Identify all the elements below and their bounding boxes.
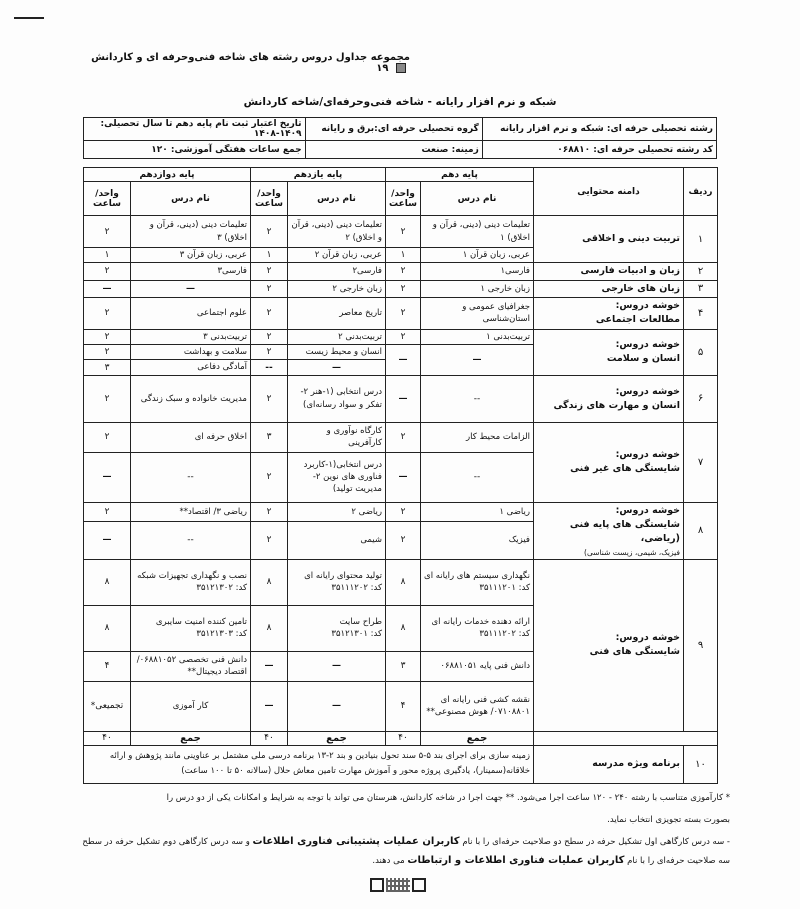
footnote-text: می دهند. (372, 856, 407, 866)
unit-cell: — (84, 452, 131, 502)
course-title: تولید محتوای رایانه ای (304, 571, 382, 581)
course-cell: اخلاق حرفه ای (131, 422, 251, 452)
unit-cell: ۴ (84, 651, 131, 681)
course-code: کد: ۳۵۱۲۱۳۰۲ (196, 583, 247, 593)
sum-label: جمع (421, 731, 534, 745)
row-index: ۱۰ (684, 745, 718, 783)
row-index: ۹ (684, 559, 718, 731)
row-index: ۳ (684, 280, 718, 297)
course-cell: مدیریت خانواده و سبک زندگی (131, 375, 251, 422)
unit-cell: ۲ (251, 297, 288, 329)
sum-value: ۴۰ (386, 731, 421, 745)
header-radif: ردیف (684, 168, 718, 216)
unit-cell: ۸ (251, 605, 288, 651)
header-course-name: نام درس (288, 182, 386, 216)
course-title: نگهداری سیستم های رایانه ای (424, 571, 530, 581)
page-header: مجموعه جداول دروس رشته های شاخه فنی‌وحرف… (80, 52, 410, 74)
header-domain: دامنه محتوایی (534, 168, 684, 216)
unit-cell: ۳ (386, 651, 421, 681)
footnote: سه صلاحیت حرفه‌ای را با نام کاربران عملی… (330, 855, 730, 866)
course-cell: دانش فنی تخصصی ۰۶۸۸۱۰۵۲/ اقتصاد دیجیتال*… (131, 651, 251, 681)
unit-cell: ۲ (84, 263, 131, 280)
unit-cell: ۲ (251, 280, 288, 297)
unit-cell: ۱ (84, 248, 131, 263)
info-validity: تاریخ اعتبار ثبت نام پایه دهم تا سال تحص… (84, 118, 306, 141)
unit-cell: ۲ (84, 329, 131, 344)
qr-pattern-icon (386, 878, 410, 892)
unit-cell: — (386, 375, 421, 422)
header-unit: واحد/ ساعت (386, 182, 421, 216)
footnote: بصورت بسته تجویزی انتخاب نماید. (40, 815, 730, 825)
table-row: ۵ خوشه دروس: انسان و سلامت تربیت‌بدنی ۱ … (84, 329, 718, 344)
unit-cell: ۲ (386, 329, 421, 344)
unit-cell: ۳ (251, 422, 288, 452)
course-cell: عربی، زبان قرآن ۲ (288, 248, 386, 263)
document-subtitle: شبکه و نرم افزار رایانه - شاخه فنی‌وحرفه… (0, 96, 800, 108)
unit-cell: — (84, 280, 131, 297)
course-title: نصب و نگهداری تجهیزات شبکه (137, 571, 247, 581)
course-code: کد: ۳۵۱۱۱۲۰۲ (331, 583, 382, 593)
row-domain: خوشه دروس: شایستگی های فنی (534, 559, 684, 731)
footnote-text: - سه درس کارگاهی اول تشکیل حرفه در سطح د… (460, 837, 730, 847)
sum-label: جمع (288, 731, 386, 745)
unit-cell: ۲ (84, 345, 131, 360)
course-cell: کار آموزی (131, 681, 251, 731)
course-cell: فارسی۲ (288, 263, 386, 280)
domain-line: خوشه دروس: (616, 339, 680, 350)
course-cell: تامین کننده امنیت سایبریکد: ۳۵۱۲۱۳۰۳ (131, 605, 251, 651)
sum-row: جمع ۴۰ جمع ۴۰ جمع ۴۰ (84, 731, 718, 745)
footnote: * کارآموزی متناسب با رشته ۲۴۰ - ۱۲۰ ساعت… (40, 793, 730, 803)
unit-cell: ۲ (251, 452, 288, 502)
row-domain: زبان و ادبیات فارسی (534, 263, 684, 280)
course-cell: زبان خارجی ۲ (288, 280, 386, 297)
course-title: ارائه دهنده خدمات رایانه ای (431, 617, 530, 627)
course-cell: ریاضی ۱ (421, 502, 534, 521)
unit-cell: ۲ (251, 263, 288, 280)
unit-cell: ۲ (386, 522, 421, 560)
row-domain: زبان های خارجی (534, 280, 684, 297)
course-cell: انسان و محیط زیست (288, 345, 386, 360)
row-index: ۵ (684, 329, 718, 375)
table-row: ۴ خوشه دروس: مطالعات اجتماعی جغرافیای عم… (84, 297, 718, 329)
unit-cell: — (84, 522, 131, 560)
unit-cell: ۱ (251, 248, 288, 263)
page-corner-mark (14, 17, 44, 19)
course-cell: عربی، زبان قرآن ۳ (131, 248, 251, 263)
row-domain: خوشه دروس: شایستگی های غیر فنی (534, 422, 684, 502)
course-cell: فیزیک (421, 522, 534, 560)
course-cell: تولید محتوای رایانه ایکد: ۳۵۱۱۱۲۰۲ (288, 559, 386, 605)
course-cell: تربیت‌بدنی ۲ (288, 329, 386, 344)
unit-cell: ۲ (386, 502, 421, 521)
table-row: ۶ خوشه دروس: انسان و مهارت های زندگی -- … (84, 375, 718, 422)
unit-cell: ۲ (251, 502, 288, 521)
page-square-icon (396, 63, 406, 73)
course-cell: الزامات محیط کار (421, 422, 534, 452)
course-cell: — (288, 681, 386, 731)
unit-cell: ۱ (386, 248, 421, 263)
course-cell: — (421, 345, 534, 376)
row-domain: خوشه دروس: انسان و مهارت های زندگی (534, 375, 684, 422)
course-code: کد: ۳۵۱۱۱۲۰۱ (479, 583, 530, 593)
course-cell: — (288, 360, 386, 375)
row-domain: برنامه ویژه مدرسه (534, 745, 684, 783)
row-domain: خوشه دروس: انسان و سلامت (534, 329, 684, 375)
unit-cell: ۸ (386, 605, 421, 651)
unit-cell: ۸ (386, 559, 421, 605)
school-program-description: زمینه سازی برای اجرای بند ۵-۵ سند تحول ب… (84, 745, 534, 783)
row-index: ۴ (684, 297, 718, 329)
course-cell: آمادگی دفاعی (131, 360, 251, 375)
unit-cell: ۲ (386, 297, 421, 329)
course-cell: طراح سایتکد: ۳۵۱۲۱۳۰۱ (288, 605, 386, 651)
footnote-emphasis: کاربران عملیات فناوری اطلاعات و ارتباطات (407, 855, 624, 866)
domain-line: خوشه دروس: (616, 300, 680, 311)
table-row: ۷ خوشه دروس: شایستگی های غیر فنی الزامات… (84, 422, 718, 452)
header-grade12: پایه دوازدهم (84, 168, 251, 182)
course-cell: -- (131, 452, 251, 502)
course-cell: تاریخ معاصر (288, 297, 386, 329)
domain-line: خوشه دروس: (616, 386, 680, 397)
domain-line: مطالعات اجتماعی (596, 314, 680, 325)
info-field: رشته تحصیلی حرفه ای: شبکه و نرم افزار را… (482, 118, 716, 141)
row-index: ۷ (684, 422, 718, 502)
course-cell: شیمی (288, 522, 386, 560)
table-row: ۳ زبان های خارجی زبان خارجی ۱ ۲ زبان خار… (84, 280, 718, 297)
unit-cell: — (386, 452, 421, 502)
footnote-text: سه صلاحیت حرفه‌ای را با نام (624, 856, 730, 866)
table-row: ۹ خوشه دروس: شایستگی های فنی نگهداری سیس… (84, 559, 718, 605)
unit-cell: تجمیعی* (84, 681, 131, 731)
domain-line: شایستگی های پایه فنی (ریاضی، (570, 519, 680, 544)
unit-cell: ۲ (386, 280, 421, 297)
row-domain: خوشه دروس: شایستگی های پایه فنی (ریاضی، … (534, 502, 684, 559)
unit-cell: ۲ (251, 375, 288, 422)
unit-cell: -- (251, 360, 288, 375)
unit-cell: ۲ (386, 216, 421, 248)
table-row: ۸ خوشه دروس: شایستگی های پایه فنی (ریاضی… (84, 502, 718, 521)
sum-empty (534, 731, 718, 745)
unit-cell: ۸ (84, 559, 131, 605)
domain-line: شایستگی های غیر فنی (570, 463, 680, 474)
course-cell: — (288, 651, 386, 681)
course-cell: نصب و نگهداری تجهیزات شبکهکد: ۳۵۱۲۱۳۰۲ (131, 559, 251, 605)
domain-line: شایستگی های فنی (590, 646, 680, 657)
unit-cell: ۸ (251, 559, 288, 605)
course-cell: ریاضی ۳/ اقتصاد** (131, 502, 251, 521)
domain-line: انسان و مهارت های زندگی (553, 400, 680, 411)
qr-code-icon (370, 878, 432, 894)
course-cell: -- (131, 522, 251, 560)
info-group: گروه تحصیلی حرفه ای:برق و رایانه (305, 118, 482, 141)
sum-value: ۴۰ (84, 731, 131, 745)
course-cell: زبان خارجی ۱ (421, 280, 534, 297)
unit-cell: — (251, 651, 288, 681)
info-area: زمینه: صنعت (305, 141, 482, 159)
info-weekly-hours: جمع ساعات هفتگی آموزشی: ۱۲۰ (84, 141, 306, 159)
unit-cell: ۲ (84, 297, 131, 329)
unit-cell: — (386, 345, 421, 376)
domain-line: خوشه دروس: (616, 632, 680, 643)
field-info-table: رشته تحصیلی حرفه ای: شبکه و نرم افزار را… (83, 117, 717, 159)
unit-cell: ۲ (386, 422, 421, 452)
course-cell: سلامت و بهداشت (131, 345, 251, 360)
row-index: ۱ (684, 216, 718, 263)
course-cell: تربیت‌بدنی ۳ (131, 329, 251, 344)
domain-line: فیزیک، شیمی، زیست شناسی) (537, 547, 680, 558)
row-index: ۲ (684, 263, 718, 280)
unit-cell: ۲ (251, 329, 288, 344)
header-grade10: پایه دهم (386, 168, 534, 182)
row-index: ۸ (684, 502, 718, 559)
unit-cell: ۲ (84, 216, 131, 248)
footnote-text: و سه درس کارگاهی دوم تشکیل حرفه در سطح (82, 837, 252, 847)
course-cell: — (131, 280, 251, 297)
header-course-name: نام درس (131, 182, 251, 216)
course-cell: ریاضی ۲ (288, 502, 386, 521)
row-index: ۶ (684, 375, 718, 422)
header-unit: واحد/ ساعت (84, 182, 131, 216)
unit-cell: ۲ (84, 422, 131, 452)
unit-cell: ۲ (84, 502, 131, 521)
course-cell: تعلیمات دینی (دینی، قرآن و اخلاق) ۱ (421, 216, 534, 248)
table-row: ۲ زبان و ادبیات فارسی فارسی۱ ۲ فارسی۲ ۲ … (84, 263, 718, 280)
row-domain: تربیت دینی و اخلاقی (534, 216, 684, 263)
info-code: کد رشته تحصیلی حرفه ای: ۰۶۸۸۱۰ (482, 141, 716, 159)
course-title: تامین کننده امنیت سایبری (156, 617, 247, 627)
qr-finder-icon (370, 878, 384, 892)
unit-cell: ۴ (386, 681, 421, 731)
curriculum-table: ردیف دامنه محتوایی پایه دهم پایه یازدهم … (83, 167, 718, 784)
footnote: - سه درس کارگاهی اول تشکیل حرفه در سطح د… (40, 836, 730, 847)
table-row: ۱۰ برنامه ویژه مدرسه زمینه سازی برای اجر… (84, 745, 718, 783)
header-course-name: نام درس (421, 182, 534, 216)
course-cell: جغرافیای عمومی و استان‌شناسی (421, 297, 534, 329)
course-cell: عربی، زبان قرآن ۱ (421, 248, 534, 263)
course-code: کد: ۳۵۱۱۱۲۰۲ (479, 629, 530, 639)
qr-finder-icon (412, 878, 426, 892)
course-cell: -- (421, 375, 534, 422)
sum-label: جمع (131, 731, 251, 745)
course-cell: تربیت‌بدنی ۱ (421, 329, 534, 344)
domain-line: انسان و سلامت (607, 353, 680, 364)
unit-cell: ۲ (84, 375, 131, 422)
table-row: ۱ تربیت دینی و اخلاقی تعلیمات دینی (دینی… (84, 216, 718, 248)
footnote-emphasis: کاربران عملیات پشتیبانی فناوری اطلاعات (253, 836, 460, 847)
course-cell: فارسی۳ (131, 263, 251, 280)
page-number: ۱۹ (376, 63, 388, 74)
course-cell: تعلیمات دینی (دینی، قرآن و اخلاق) ۲ (288, 216, 386, 248)
course-title: طراح سایت (340, 617, 382, 627)
domain-line: خوشه دروس: (616, 449, 680, 460)
domain-line: خوشه دروس: (616, 505, 680, 516)
unit-cell: ۸ (84, 605, 131, 651)
header-unit: واحد/ ساعت (251, 182, 288, 216)
course-cell: علوم اجتماعی (131, 297, 251, 329)
course-code: کد: ۳۵۱۲۱۳۰۳ (196, 629, 247, 639)
sum-value: ۴۰ (251, 731, 288, 745)
header-grade11: پایه یازدهم (251, 168, 386, 182)
course-cell: کارگاه نوآوری و کارآفرینی (288, 422, 386, 452)
course-cell: تعلیمات دینی (دینی، قرآن و اخلاق) ۳ (131, 216, 251, 248)
course-code: کد: ۳۵۱۲۱۳۰۱ (331, 629, 382, 639)
course-cell: -- (421, 452, 534, 502)
course-cell: نقشه کشی فنی رایانه ای ۰۷۱۰۸۸۰۱/ هوش مصن… (421, 681, 534, 731)
row-domain: خوشه دروس: مطالعات اجتماعی (534, 297, 684, 329)
unit-cell: ۲ (386, 263, 421, 280)
unit-cell: ۲ (251, 522, 288, 560)
course-cell: درس انتخابی (۱-هنر ۲- تفکر و سواد رسانه‌… (288, 375, 386, 422)
unit-cell: ۲ (251, 216, 288, 248)
course-cell: ارائه دهنده خدمات رایانه ایکد: ۳۵۱۱۱۲۰۲ (421, 605, 534, 651)
course-cell: درس انتخابی(۱-کاربرد فناوری های نوین ۲-م… (288, 452, 386, 502)
unit-cell: ۲ (251, 345, 288, 360)
unit-cell: — (251, 681, 288, 731)
unit-cell: ۳ (84, 360, 131, 375)
course-cell: دانش فنی پایه ۰۶۸۸۱۰۵۱ (421, 651, 534, 681)
course-cell: نگهداری سیستم های رایانه ایکد: ۳۵۱۱۱۲۰۱ (421, 559, 534, 605)
course-cell: فارسی۱ (421, 263, 534, 280)
page-header-title: مجموعه جداول دروس رشته های شاخه فنی‌وحرف… (91, 52, 410, 63)
